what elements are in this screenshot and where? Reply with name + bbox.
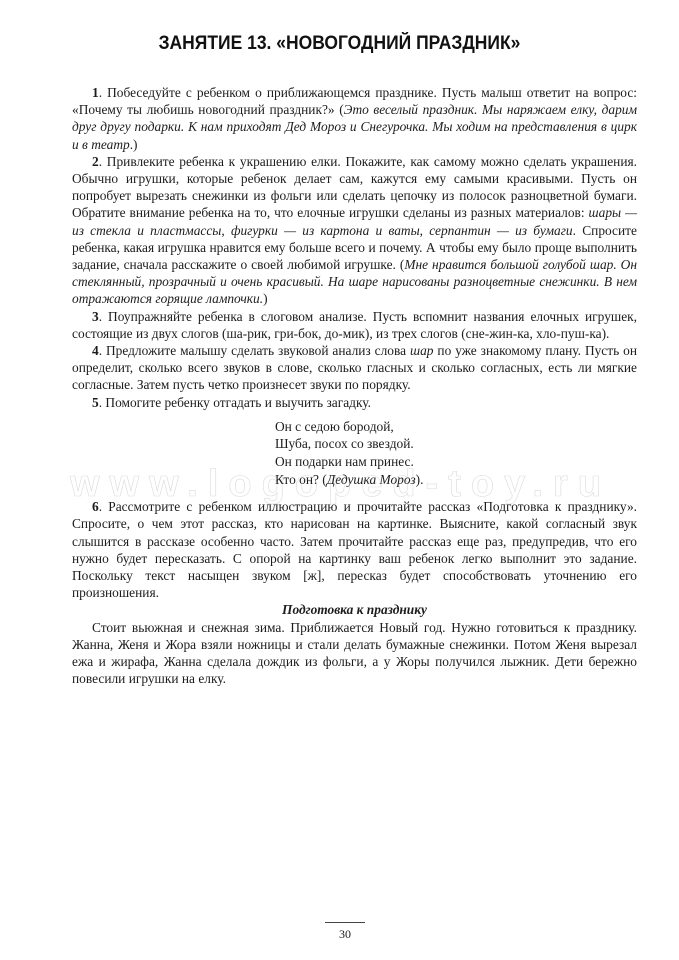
- page-number: 30: [325, 927, 365, 942]
- task-number: 4: [92, 343, 99, 358]
- task-1: 1. Побеседуйте с ребенком о приближающем…: [72, 84, 637, 153]
- task-tail: .): [130, 137, 138, 152]
- task-4: 4. Предложите малышу сделать звуковой ан…: [72, 342, 637, 394]
- task-2: 2. Привлеките ребенка к украшению елки. …: [72, 153, 637, 308]
- riddle-line: Шуба, посох со звездой.: [275, 435, 637, 453]
- story-title: Подготовка к празднику: [72, 601, 637, 618]
- separator: ,: [420, 223, 430, 238]
- task-number: 2: [92, 154, 99, 169]
- riddle-line: Он с седою бородой,: [275, 418, 637, 436]
- task-text: . Предложите малышу сделать звуковой ана…: [99, 343, 410, 358]
- footer-divider: [325, 922, 365, 923]
- task-text: . Помогите ребенку отгадать и выучить за…: [99, 395, 371, 410]
- task-text: . Привлеките ребенка к украшению елки. П…: [72, 154, 637, 221]
- task-3: 3. Поупражняйте ребенка в слоговом анали…: [72, 308, 637, 342]
- riddle-suffix: ).: [416, 472, 424, 487]
- task-5: 5. Помогите ребенку отгадать и выучить з…: [72, 394, 637, 411]
- task-text: . Поупражняйте ребенка в слоговом анализ…: [72, 309, 637, 341]
- task-tail: ): [263, 291, 267, 306]
- word-italic: шар: [410, 343, 434, 358]
- material-cardboard: фигурки — из картона и ваты: [231, 223, 420, 238]
- task-number: 5: [92, 395, 99, 410]
- task-text: . Рассмотрите с ребенком иллюстрацию и п…: [72, 499, 637, 600]
- riddle-answer: Дедушка Мороз: [327, 472, 416, 487]
- riddle-poem: Он с седою бородой, Шуба, посох со звезд…: [275, 418, 637, 488]
- story-text: Стоит вьюжная и снежная зима. Приближает…: [72, 619, 637, 688]
- task-number: 6: [92, 499, 99, 514]
- separator: ,: [221, 223, 231, 238]
- riddle-line: Он подарки нам принес.: [275, 453, 637, 471]
- riddle-line: Кто он? (Дедушка Мороз).: [275, 471, 637, 489]
- task-6: 6. Рассмотрите с ребенком иллюстрацию и …: [72, 498, 637, 601]
- document-page: ЗАНЯТИЕ 13. «НОВОГОДНИЙ ПРАЗДНИК» 1. Поб…: [0, 0, 679, 960]
- material-paper: серпантин — из бумаги: [429, 223, 572, 238]
- task-number: 3: [92, 309, 99, 324]
- riddle-question: Кто он? (: [275, 472, 327, 487]
- page-title: ЗАНЯТИЕ 13. «НОВОГОДНИЙ ПРАЗДНИК»: [27, 33, 652, 55]
- document-body: 1. Побеседуйте с ребенком о приближающем…: [72, 84, 637, 687]
- task-number: 1: [92, 85, 99, 100]
